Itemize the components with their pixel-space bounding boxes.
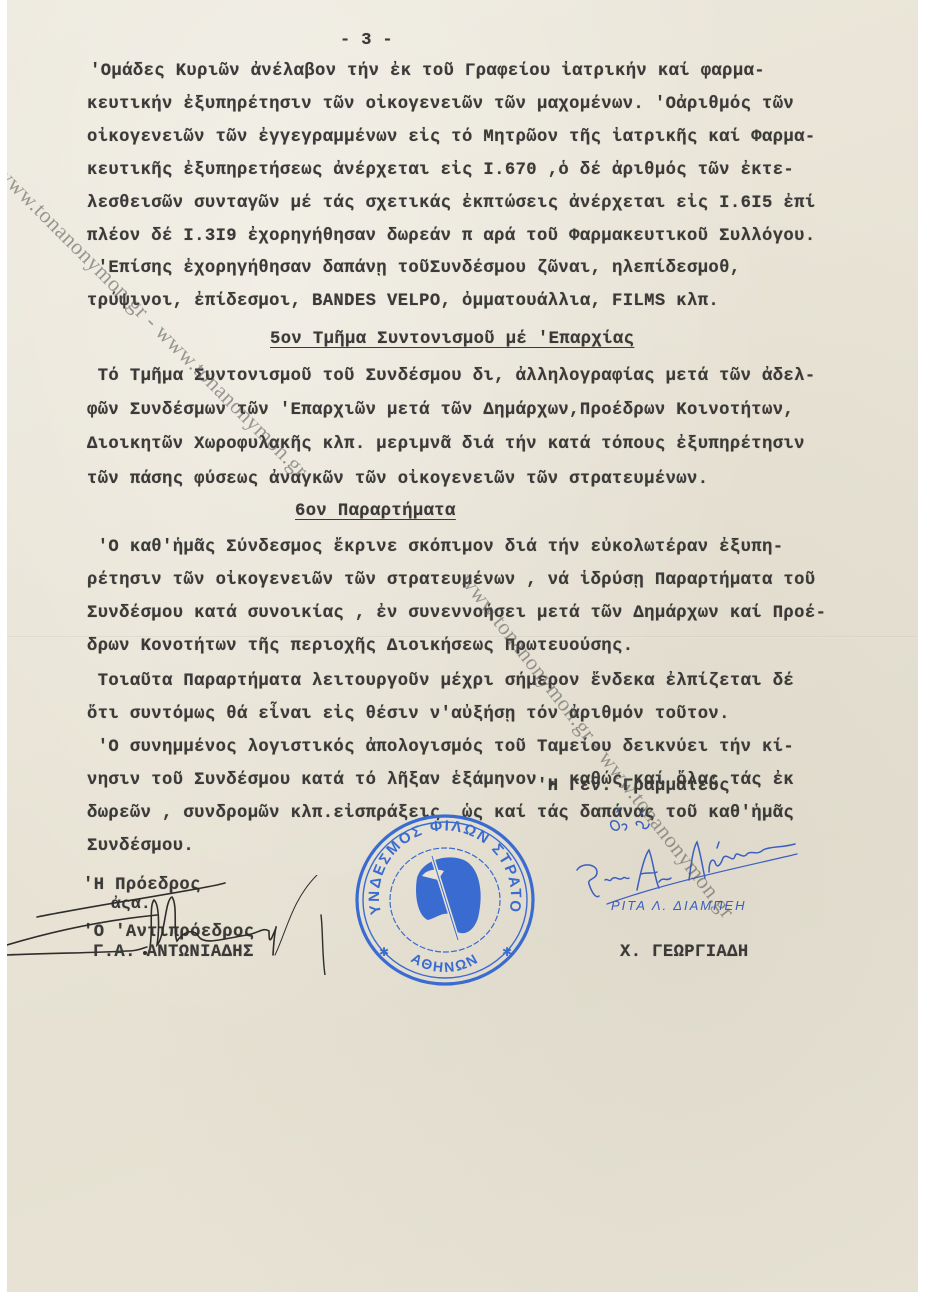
text-line: 'Επίσης ἐχορηγήθησαν δαπάνῃ τοῦΣυνδέσμου…: [87, 259, 741, 278]
svg-text:ΑΘΗΝΩΝ: ΑΘΗΝΩΝ: [408, 950, 481, 976]
document-page: - 3 - 'Ομάδες Κυριῶν ἀνέλαβον τήν ἐκ τοῦ…: [7, 0, 918, 1292]
text-line: λεσθεισῶν συνταγῶν μέ τάς σχετικάς ἐκπτώ…: [87, 194, 816, 213]
stamp-text-bottom: ΑΘΗΝΩΝ: [408, 950, 481, 976]
text-line: Συνδέσμου.: [87, 837, 194, 856]
text-line: 'Ομάδες Κυριῶν ἀνέλαβον τήν ἐκ τοῦ Γραφε…: [90, 62, 765, 81]
text-line: τρύψινοι, ἐπίδεσμοι, BANDES VELPO, ὀμματ…: [87, 292, 719, 311]
text-line: 'Ο καθ'ἡμᾶς Σύνδεσμος ἔκρινε σκόπιμον δι…: [87, 538, 783, 557]
text-line: 'Ο συνημμένος λογιστικός ἀπολογισμός τοῦ…: [87, 738, 794, 757]
text-line: Τοιαῦτα Παραρτήματα λειτουργοῦν μέχρι σή…: [87, 672, 794, 691]
text-line: φῶν Συνδέσμων τῶν 'Επαρχιῶν μετά τῶν Δημ…: [87, 401, 794, 420]
helmet-icon: [416, 856, 481, 940]
signatory-name-right: Χ. ΓΕΩΡΓΙΑΔΗ: [620, 943, 749, 962]
text-line: οἰκογενειῶν τῶν ἐγγεγραμμένων εἰς τό Μητ…: [87, 128, 816, 147]
signatory-name-left: Γ.Α. ΑΝΤΩΝΙΑΔΗΣ: [93, 943, 254, 962]
organization-stamp: ΣΥΝΔΕΣΜΟΣ ΦΙΛΩΝ ΣΤΡΑΤΟΥ ΑΘΗΝΩΝ ✱ ✱: [352, 808, 538, 988]
star-icon: ✱: [379, 945, 389, 959]
text-line: κευτικῆς ἐξυπηρετήσεως ἀνέρχεται εἰς Ι.6…: [87, 161, 794, 180]
text-line: ὅτι συντόμως θά εἶναι εἰς θέσιν ν'αὐξήσῃ…: [87, 705, 730, 724]
star-icon: ✱: [502, 945, 512, 959]
text-line: δρων Κονοτήτων τῆς περιοχῆς Διοικήσεως Π…: [87, 637, 633, 656]
text-line: Συνδέσμου κατά συνοικίας , ἐν συνεννοήσε…: [87, 604, 826, 623]
text-line: ρέτησιν τῶν οἰκογενειῶν τῶν στρατευμένων…: [87, 571, 816, 590]
text-line: Διοικητῶν Χωροφυλακῆς κλπ. μεριμνᾶ διά τ…: [87, 435, 805, 454]
text-line: πλέον δέ Ι.3Ι9 ἐχορηγήθησαν δωρεάν π αρά…: [87, 227, 816, 246]
section-heading-5: 5ον Τμῆμα Συντονισμοῦ μέ 'Επαρχίας: [270, 330, 634, 349]
text-line: τῶν πάσης φύσεως ἀναγκῶν τῶν οἰκογενειῶν…: [87, 470, 708, 489]
text-line: κευτικήν ἐξυπηρέτησιν τῶν οἰκογενειῶν τῶ…: [87, 95, 794, 114]
section-heading-6: 6ον Παραρτήματα: [295, 502, 456, 521]
